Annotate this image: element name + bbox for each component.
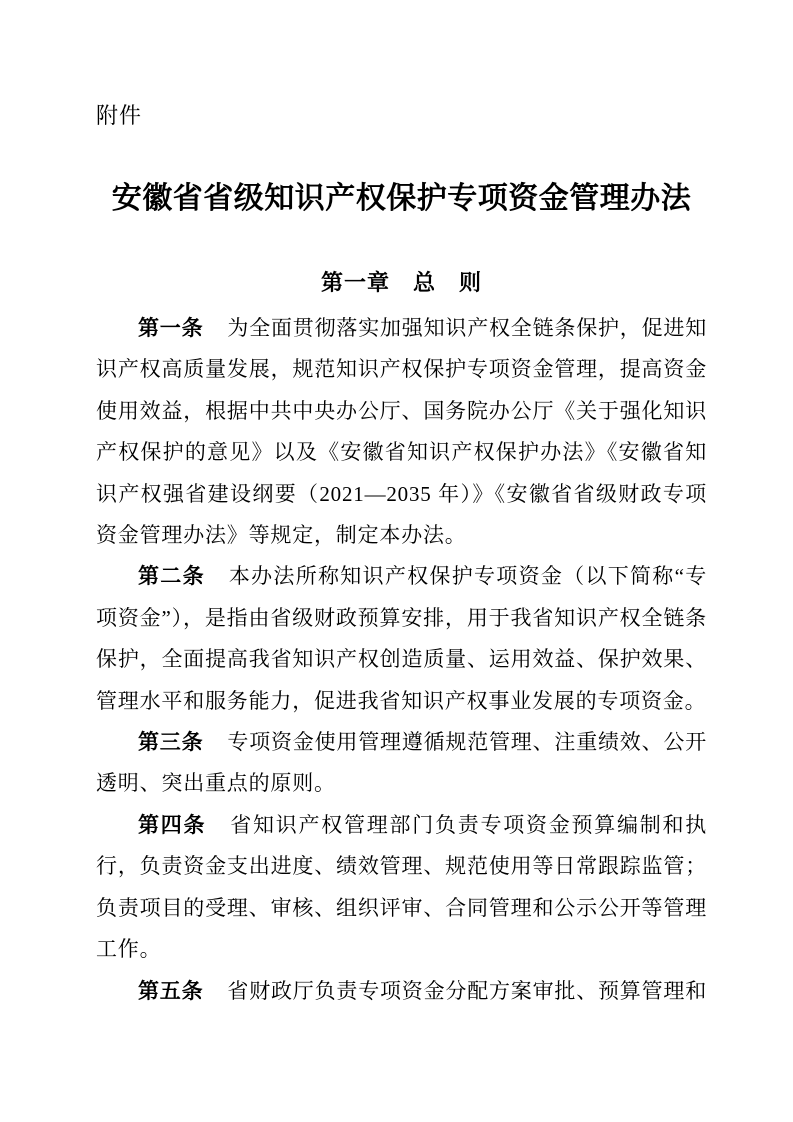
article-2-number: 第二条: [138, 565, 205, 588]
article-3-number: 第三条: [138, 731, 203, 754]
article-3: 第三条专项资金使用管理遵循规范管理、注重绩效、公开透明、突出重点的原则。: [96, 722, 707, 805]
chapter-heading: 第一章 总 则: [96, 268, 707, 297]
article-5: 第五条省财政厅负责专项资金分配方案审批、预算管理和: [96, 971, 707, 1012]
article-1: 第一条为全面贯彻落实加强知识产权全链条保护，促进知识产权高质量发展，规范知识产权…: [96, 308, 707, 556]
article-4: 第四条省知识产权管理部门负责专项资金预算编制和执行，负责资金支出进度、绩效管理、…: [96, 805, 707, 971]
article-5-number: 第五条: [138, 980, 203, 1003]
attachment-label: 附件: [96, 103, 707, 129]
document-title: 安徽省省级知识产权保护专项资金管理办法: [96, 179, 707, 218]
article-5-text: 省财政厅负责专项资金分配方案审批、预算管理和: [227, 979, 707, 1003]
document-body: 第一条为全面贯彻落实加强知识产权全链条保护，促进知识产权高质量发展，规范知识产权…: [96, 308, 707, 1012]
document-page: 附件 安徽省省级知识产权保护专项资金管理办法 第一章 总 则 第一条为全面贯彻落…: [0, 0, 793, 1122]
article-4-number: 第四条: [138, 814, 206, 837]
article-1-number: 第一条: [138, 317, 203, 340]
article-2: 第二条本办法所称知识产权保护专项资金（以下简称“专项资金”），是指由省级财政预算…: [96, 556, 707, 722]
article-1-text: 为全面贯彻落实加强知识产权全链条保护，促进知识产权高质量发展，规范知识产权保护专…: [96, 316, 707, 547]
